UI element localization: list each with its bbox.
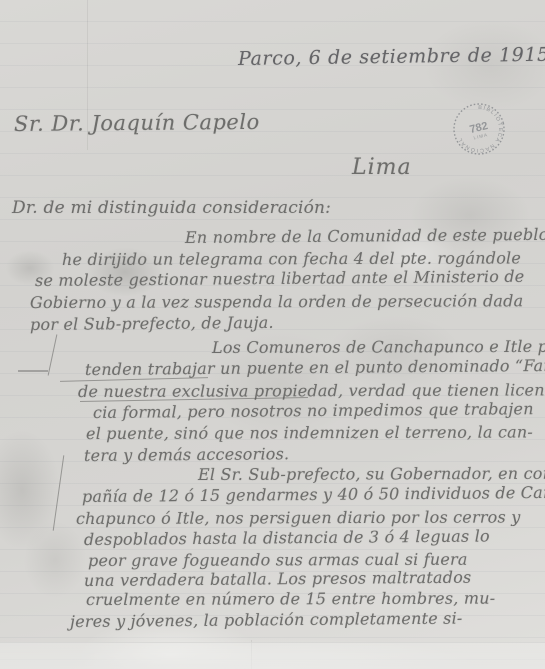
margin-stroke	[53, 455, 65, 530]
letter-line: tera y demás accesorios.	[84, 444, 289, 465]
fold-line	[251, 640, 252, 669]
letter-line: una verdadera batalla. Los presos maltra…	[84, 568, 472, 590]
margin-stroke	[48, 334, 58, 375]
paper-bottom-edge	[0, 642, 545, 669]
salutation-line: Dr. de mi distinguida consideración:	[12, 198, 331, 218]
letter-line: En nombre de la Comunidad de este pueblo…	[185, 225, 545, 247]
letter-line: Los Comuneros de Canchapunco e Itle pre-	[212, 337, 545, 357]
date-line: Parco, 6 de setiembre de 1915	[238, 44, 545, 70]
recipient-line: Sr. Dr. Joaquín Capelo	[14, 110, 260, 136]
letter-line: de nuestra exclusiva propiedad, verdad q…	[78, 380, 545, 401]
letter-line: chapunco ó Itle, nos persiguen diario po…	[76, 507, 521, 528]
letter-line: peor grave fogueando sus armas cual si f…	[88, 550, 468, 570]
letter-line: Gobierno y a la vez suspenda la orden de…	[30, 291, 523, 312]
letter-line: despoblados hasta la distancia de 3 ó 4 …	[84, 526, 490, 549]
margin-stroke	[18, 370, 48, 372]
library-stamp: BIBLIOTECA NACIONAL 782 LIMA	[445, 95, 513, 163]
letter-line: tenden trabajar un puente en el punto de…	[85, 356, 545, 379]
letter-line: he dirijido un telegrama con fecha 4 del…	[62, 248, 521, 269]
letter-line: el puente, sinó que nos indemnizen el te…	[86, 422, 533, 443]
letter-page: Parco, 6 de setiembre de 1915 Sr. Dr. Jo…	[0, 0, 545, 669]
letter-line: jeres y jóvenes, la población completame…	[70, 609, 463, 631]
letter-line: El Sr. Sub-prefecto, su Gobernador, en c…	[198, 464, 545, 484]
letter-line: por el Sub-prefecto, de Jauja.	[30, 313, 274, 334]
city-line: Lima	[352, 155, 412, 180]
letter-line: cruelmente en número de 15 entre hombres…	[86, 589, 495, 609]
letter-line: cia formal, pero nosotros no impedimos q…	[93, 399, 534, 422]
letter-line: pañía de 12 ó 15 gendarmes y 40 ó 50 ind…	[82, 483, 545, 506]
letter-line: se moleste gestionar nuestra libertad an…	[35, 267, 525, 290]
